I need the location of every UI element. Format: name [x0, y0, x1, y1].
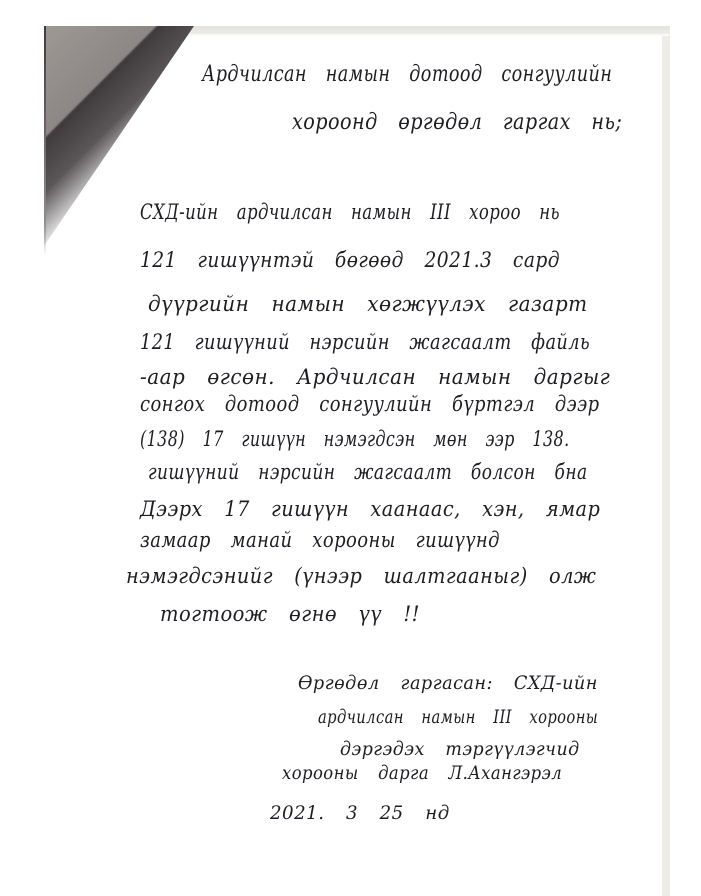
signature-line-2: ардчилсан намын III хорооны: [318, 706, 598, 728]
signature-line-1: Өргөдөл гаргасан: СХД-ийн: [298, 672, 598, 694]
body-line-4: 121 гишүүний нэрсийн жагсаалт файль: [140, 330, 590, 354]
signature-line-3: дэргэдэх тэргүүлэгчид: [340, 738, 580, 760]
body-line-8: гишүүний нэрсийн жагсаалт болсон бна: [148, 460, 588, 484]
paper-left-edge: [44, 26, 46, 256]
date-line: 2021. 3 25 нд: [270, 802, 450, 824]
signature-line-4: хорооны дарга Л.Ахангэрэл: [282, 762, 562, 784]
paper-right-edge: [662, 36, 670, 896]
body-line-10: замаар манай хорооны гишүүнд: [140, 528, 500, 552]
body-line-9: Дээрх 17 гишүүн хаанаас, хэн, ямар: [140, 497, 600, 521]
body-line-12: тогтоож өгнө үү !!: [160, 602, 420, 626]
body-line-6: сонгох дотоод сонгуулийн бүртгэл дээр: [140, 392, 599, 416]
body-line-2: 121 гишүүнтэй бөгөөд 2021.3 сард: [140, 248, 560, 272]
title-line-1: Ардчилсан намын дотоод сонгуулийн: [202, 62, 612, 87]
body-line-7: (138) 17 гишүүн нэмэгдсэн мөн ээр 138.: [140, 427, 570, 451]
body-line-5: -аар өгсөн. Ардчилсан намын даргыг: [140, 365, 610, 389]
body-line-3: дүүргийн намын хөгжүүлэх газарт: [148, 292, 588, 316]
title-line-2: хороонд өргөдөл гаргах нь;: [292, 110, 622, 135]
body-line-11: нэмэгдсэнийг (үнээр шалтгааныг) олж: [126, 564, 596, 588]
body-line-1: СХД-ийн ардчилсан намын III хороо нь: [140, 200, 560, 224]
